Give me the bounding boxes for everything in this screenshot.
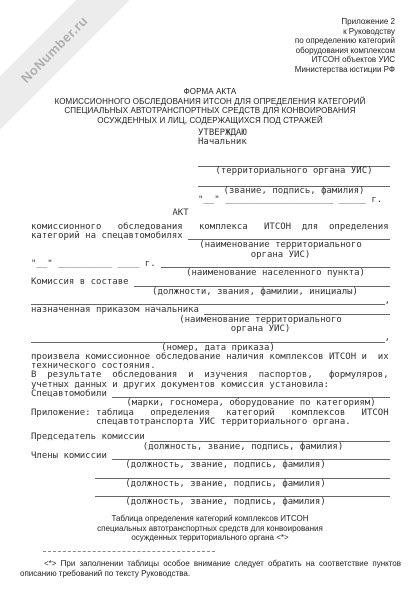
document-page: NoNumber.ru Приложение 2 к Руководству п… — [0, 0, 420, 600]
act-date-line: "__" __________ ____ г. — [31, 260, 161, 269]
fill-in-line-order-org — [204, 306, 390, 314]
special-vehicles-label: Спецавтомобили — [31, 390, 112, 399]
act-body: УТВЕРЖДАЮ Начальник (территориального ор… — [31, 129, 390, 508]
title-line: ОСУЖДЕННЫХ И ЛИЦ, СОДЕРЖАЩИХСЯ ПОД СТРАЖ… — [0, 116, 420, 126]
person-caption: (должность, звание, подпись, фамилия) — [61, 498, 390, 507]
approval-date-line: "__" ____________________ _____ г. — [198, 196, 390, 205]
fill-in-line-order-number — [31, 334, 385, 342]
person-caption: (должность, звание, подпись, фамилия) — [61, 461, 390, 470]
commission-label: Комиссия в составе — [31, 278, 134, 287]
approval-block: УТВЕРЖДАЮ Начальник (территориального ор… — [198, 129, 390, 205]
annex-line: Приложение 2 — [295, 17, 395, 27]
attachment-line: спецавтотранспорта УИС территориального … — [96, 418, 390, 427]
comma: , — [385, 297, 390, 306]
fill-in-line-chairman — [150, 433, 390, 441]
spacer — [31, 489, 95, 498]
commission-caption: (должности, звания, фамилии, инициалы) — [120, 288, 390, 297]
annex-line: к Руководству — [295, 27, 395, 37]
annex-line: ИТСОН объектов УИС — [295, 55, 395, 65]
fill-in-line-member2 — [95, 470, 390, 478]
watermark-text: NoNumber.ru — [18, 13, 91, 86]
chairman-label: Председатель комиссии — [31, 433, 150, 442]
terr-caption-line2: органа УИС) — [131, 325, 390, 334]
footnote-text: <*> При заполнении таблицы особое вниман… — [20, 559, 401, 579]
table-heading-line: Таблица определения категорий комплексов… — [0, 514, 420, 524]
chief-label: Начальник — [198, 138, 390, 147]
org-caption: (территориального органа УИС) — [198, 167, 390, 176]
fill-in-line-member1 — [112, 452, 390, 460]
fill-in-line-commission2 — [31, 297, 385, 305]
vehicles-label: категорий на спецавтомобилях — [31, 232, 188, 241]
annex-line: Министерства юстиции РФ — [295, 65, 395, 75]
annex-line: оборудования комплексом — [295, 46, 395, 56]
city-caption: (наименование населенного пункта) — [161, 269, 390, 278]
fill-in-line-vehicles — [188, 232, 390, 240]
act-heading: АКТ — [31, 209, 330, 218]
fill-in-line-city — [161, 260, 390, 268]
fill-in-line-commission — [134, 278, 390, 286]
members-label: Члены комиссии — [31, 452, 112, 461]
spacer — [198, 148, 390, 157]
title-line: ФОРМА АКТА — [0, 87, 420, 97]
terr-caption-line2: органа УИС) — [171, 251, 390, 260]
comma: , — [385, 334, 390, 343]
annex-reference-block: Приложение 2 к Руководству по определени… — [295, 17, 395, 75]
title-line: КОМИССИОННОГО ОБСЛЕДОВАНИЯ ИТСОН ДЛЯ ОПР… — [0, 97, 420, 107]
spacer — [31, 470, 95, 479]
person-caption: (должность, звание, подпись, фамилия) — [96, 443, 390, 452]
document-title: ФОРМА АКТА КОМИССИОННОГО ОБСЛЕДОВАНИЯ ИТ… — [0, 87, 420, 125]
person-caption: (должность, звание, подпись, фамилия) — [61, 480, 390, 489]
title-line: СПЕЦИАЛЬНЫХ АВТОТРАНСПОРТНЫХ СРЕДСТВ ДЛЯ… — [0, 106, 420, 116]
annex-line: по определению категорий — [295, 36, 395, 46]
table-heading-line: осужденных территориального органа <*> — [0, 533, 420, 543]
fill-in-line-member3 — [95, 489, 390, 497]
table-heading: Таблица определения категорий комплексов… — [0, 514, 420, 543]
table-heading-line: специальных автотранспортных средств для… — [0, 524, 420, 534]
footnote-separator — [43, 551, 215, 552]
